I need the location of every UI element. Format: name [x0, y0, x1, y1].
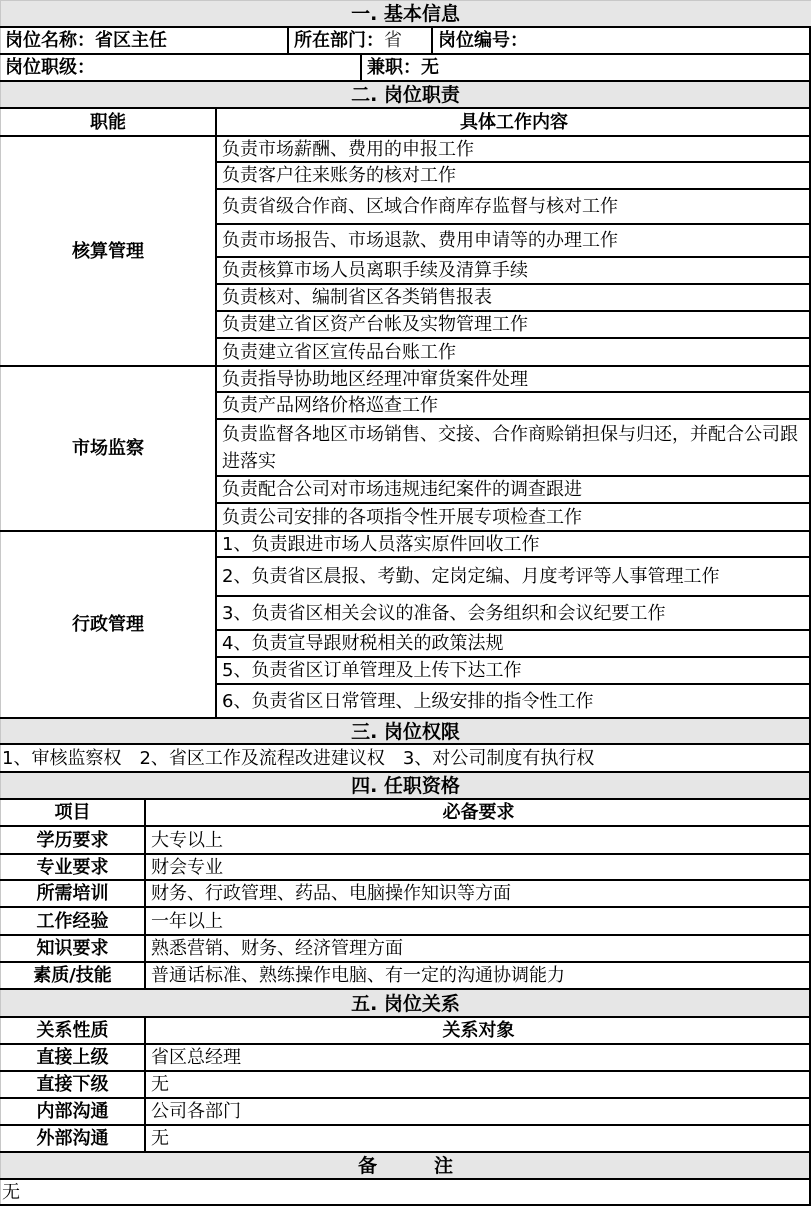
divider: [0, 825, 811, 827]
divider: [431, 27, 433, 54]
divider: [0, 771, 811, 773]
divider: [0, 1124, 811, 1126]
duty-row: 3、负责省区相关会议的准备、会务组织和会议纪要工作: [217, 597, 811, 630]
part-time-label: 兼职：: [367, 57, 421, 79]
duty-text: 负责配合公司对市场违规违纪案件的调查跟进: [222, 479, 582, 501]
duty-row: 负责客户往来账务的核对工作: [217, 163, 811, 189]
qualification-value: 熟悉营销、财务、经济管理方面: [146, 936, 811, 962]
divider: [287, 27, 289, 54]
divider: [0, 80, 811, 82]
section4-title: 四. 任职资格: [351, 775, 460, 797]
divider: [216, 629, 811, 631]
col-item-label: 项目: [55, 802, 91, 824]
divider: [216, 475, 811, 477]
duty-row: 负责建立省区资产台帐及实物管理工作: [217, 312, 811, 338]
duty-row: 6、负责省区日常管理、上级安排的指令性工作: [217, 685, 811, 718]
job-code-label: 岗位编号：: [438, 30, 528, 52]
duty-text: 5、负责省区订单管理及上传下达工作: [222, 660, 521, 682]
duty-text: 负责客户往来账务的核对工作: [222, 165, 456, 187]
relation-nature: 直接上级: [0, 1045, 145, 1071]
item-label: 所需培训: [37, 883, 109, 905]
qualification-item: 素质/技能: [0, 963, 145, 989]
item-label: 工作经验: [37, 911, 109, 933]
department-label: 所在部门：: [294, 30, 384, 52]
nature-label: 直接上级: [37, 1047, 109, 1069]
value-text: 财会专业: [151, 857, 223, 879]
duty-text: 负责核对、编制省区各类销售报表: [222, 287, 492, 309]
duty-text: 1、负责跟进市场人员落实原件回收工作: [222, 534, 539, 556]
divider: [216, 310, 811, 312]
job-title-value: 省区主任: [95, 30, 167, 52]
divider: [216, 656, 811, 658]
divider: [0, 135, 811, 137]
divider: [0, 934, 811, 936]
divider: [0, 988, 811, 990]
divider: [144, 799, 146, 989]
duty-row: 负责市场报告、市场退款、费用申请等的办理工作: [217, 225, 811, 257]
value-text: 大专以上: [151, 830, 223, 852]
duty-row: 2、负责省区晨报、考勤、定岗定编、月度考评等人事管理工作: [217, 558, 811, 596]
section2-title: 二. 岗位职责: [351, 84, 460, 106]
item-label: 素质/技能: [33, 965, 112, 987]
col-requirement-header: 必备要求: [146, 800, 811, 826]
remarks-text: 无: [2, 1182, 20, 1204]
col-requirement-label: 必备要求: [443, 802, 515, 824]
divider: [216, 256, 811, 258]
col-content-label: 具体工作内容: [460, 112, 568, 134]
divider: [0, 530, 811, 532]
divider: [216, 418, 811, 420]
qualification-value: 财务、行政管理、药品、电脑操作知识等方面: [146, 881, 811, 907]
divider: [0, 1070, 811, 1072]
col-function-header: 职能: [0, 109, 216, 136]
divider: [0, 743, 811, 745]
item-label: 学历要求: [37, 830, 109, 852]
divider: [0, 107, 811, 109]
function-label: 行政管理: [72, 614, 144, 636]
qualification-item: 专业要求: [0, 855, 145, 880]
qualification-item: 工作经验: [0, 908, 145, 935]
duty-text: 负责建立省区宣传品台账工作: [222, 342, 456, 364]
item-label: 知识要求: [37, 938, 109, 960]
divider: [216, 161, 811, 163]
qualification-item: 所需培训: [0, 881, 145, 907]
divider: [0, 53, 811, 55]
divider: [216, 683, 811, 685]
job-level-cell: 岗位职级：: [0, 55, 361, 81]
part-time-value: 无: [421, 57, 439, 79]
divider: [216, 595, 811, 597]
job-title-cell: 岗位名称：省区主任: [0, 28, 288, 54]
function-market-inspection: 市场监察: [0, 367, 216, 531]
duty-row: 负责公司安排的各项指令性开展专项检查工作: [217, 504, 811, 531]
duty-text: 负责市场报告、市场退款、费用申请等的办理工作: [222, 230, 618, 252]
qualification-value: 财会专业: [146, 855, 811, 880]
top-border: [0, 0, 811, 1]
job-title-label: 岗位名称：: [5, 30, 95, 52]
value-text: 熟悉营销、财务、经济管理方面: [151, 938, 403, 960]
divider: [216, 223, 811, 225]
section1-header: 一. 基本信息: [0, 0, 811, 27]
value-text: 财务、行政管理、药品、电脑操作知识等方面: [151, 883, 511, 905]
col-nature-label: 关系性质: [37, 1020, 109, 1042]
col-nature-header: 关系性质: [0, 1018, 145, 1044]
duty-row: 4、负责宣导跟财税相关的政策法规: [217, 631, 811, 657]
section5-header: 五. 岗位关系: [0, 990, 811, 1017]
function-label: 核算管理: [72, 241, 144, 263]
col-content-header: 具体工作内容: [217, 109, 811, 136]
divider: [0, 961, 811, 963]
section5-title: 五. 岗位关系: [351, 993, 460, 1015]
divider: [216, 391, 811, 393]
qualification-value: 普通话标准、熟练操作电脑、有一定的沟通协调能力: [146, 963, 811, 989]
value-text: 一年以上: [151, 911, 223, 933]
nature-label: 外部沟通: [37, 1128, 109, 1150]
target-text: 无: [151, 1128, 169, 1150]
divider: [0, 906, 811, 908]
section3-header: 三. 岗位权限: [0, 719, 811, 744]
nature-label: 直接下级: [37, 1074, 109, 1096]
duty-text: 负责市场薪酬、费用的申报工作: [222, 139, 474, 161]
department-value: 省: [384, 30, 402, 52]
qualification-item: 学历要求: [0, 827, 145, 854]
divider: [144, 1017, 146, 1152]
divider: [0, 1016, 811, 1018]
value-text: 普通话标准、熟练操作电脑、有一定的沟通协调能力: [151, 965, 565, 987]
col-target-header: 关系对象: [146, 1018, 811, 1044]
qualification-value: 大专以上: [146, 827, 811, 854]
relation-nature: 直接下级: [0, 1072, 145, 1098]
duty-row: 5、负责省区订单管理及上传下达工作: [217, 658, 811, 684]
duty-row: 负责监督各地区市场销售、交接、合作商赊销担保与归还，并配合公司跟进落实: [217, 420, 811, 476]
section3-title: 三. 岗位权限: [351, 721, 460, 743]
col-target-label: 关系对象: [443, 1020, 515, 1042]
duty-row: 负责省级合作商、区域合作商库存监督与核对工作: [217, 190, 811, 224]
col-item-header: 项目: [0, 800, 145, 826]
divider: [0, 1043, 811, 1045]
divider: [0, 1097, 811, 1099]
duty-text: 负责产品网络价格巡查工作: [222, 395, 438, 417]
department-cell: 所在部门：省: [289, 28, 432, 54]
duty-text: 负责公司安排的各项指令性开展专项检查工作: [222, 507, 582, 529]
duty-row: 负责配合公司对市场违规违纪案件的调查跟进: [217, 477, 811, 503]
relation-nature: 外部沟通: [0, 1126, 145, 1152]
duty-text: 6、负责省区日常管理、上级安排的指令性工作: [222, 691, 593, 713]
divider: [0, 1151, 811, 1153]
job-code-cell: 岗位编号：: [433, 28, 811, 54]
divider: [0, 798, 811, 800]
divider: [0, 1178, 811, 1180]
duty-text: 4、负责宣导跟财税相关的政策法规: [222, 633, 503, 655]
duty-text: 负责监督各地区市场销售、交接、合作商赊销担保与归还，并配合公司跟进落实: [222, 421, 809, 475]
duty-row: 负责核对、编制省区各类销售报表: [217, 285, 811, 311]
left-border: [0, 0, 1, 1206]
function-label: 市场监察: [72, 438, 144, 460]
job-level-label: 岗位职级：: [5, 57, 95, 79]
remarks-header: 备 注: [0, 1153, 811, 1179]
duty-row: 1、负责跟进市场人员落实原件回收工作: [217, 532, 811, 557]
divider: [216, 556, 811, 558]
duty-text: 负责核算市场人员离职手续及清算手续: [222, 260, 528, 282]
part-time-cell: 兼职：无: [362, 55, 811, 81]
target-text: 公司各部门: [151, 1101, 241, 1123]
divider: [0, 853, 811, 855]
divider: [216, 283, 811, 285]
qualification-value: 一年以上: [146, 908, 811, 935]
authority-text: 1、审核监察权 2、省区工作及流程改进建议权 3、对公司制度有执行权: [2, 748, 594, 770]
item-label: 专业要求: [37, 857, 109, 879]
divider: [0, 26, 811, 28]
col-function-label: 职能: [90, 112, 126, 134]
duty-row: 负责核算市场人员离职手续及清算手续: [217, 258, 811, 284]
section1-title: 一. 基本信息: [351, 3, 460, 25]
divider: [0, 365, 811, 367]
duty-row: 负责指导协助地区经理冲窜货案件处理: [217, 367, 811, 392]
section4-header: 四. 任职资格: [0, 773, 811, 799]
remarks-title: 备 注: [358, 1155, 453, 1177]
duty-row: 负责市场薪酬、费用的申报工作: [217, 137, 811, 162]
duty-text: 2、负责省区晨报、考勤、定岗定编、月度考评等人事管理工作: [222, 566, 719, 588]
target-text: 无: [151, 1074, 169, 1096]
remarks-content: 无: [0, 1180, 811, 1206]
relation-target: 无: [146, 1126, 811, 1152]
relation-target: 公司各部门: [146, 1099, 811, 1125]
duty-row: 负责建立省区宣传品台账工作: [217, 339, 811, 366]
divider: [215, 108, 217, 718]
duty-text: 负责省级合作商、区域合作商库存监督与核对工作: [222, 196, 618, 218]
relation-target: 无: [146, 1072, 811, 1098]
divider: [216, 502, 811, 504]
authority-content: 1、审核监察权 2、省区工作及流程改进建议权 3、对公司制度有执行权: [0, 745, 811, 772]
divider: [0, 717, 811, 719]
section2-header: 二. 岗位职责: [0, 82, 811, 108]
function-accounting: 核算管理: [0, 137, 216, 366]
divider: [216, 188, 811, 190]
duty-row: 负责产品网络价格巡查工作: [217, 393, 811, 419]
divider: [360, 54, 362, 81]
relation-nature: 内部沟通: [0, 1099, 145, 1125]
divider: [0, 879, 811, 881]
duty-text: 3、负责省区相关会议的准备、会务组织和会议纪要工作: [222, 603, 665, 625]
divider: [216, 337, 811, 339]
nature-label: 内部沟通: [37, 1101, 109, 1123]
duty-text: 负责建立省区资产台帐及实物管理工作: [222, 314, 528, 336]
function-administration: 行政管理: [0, 532, 216, 718]
qualification-item: 知识要求: [0, 936, 145, 962]
duty-text: 负责指导协助地区经理冲窜货案件处理: [222, 369, 528, 391]
target-text: 省区总经理: [151, 1047, 241, 1069]
relation-target: 省区总经理: [146, 1045, 811, 1071]
